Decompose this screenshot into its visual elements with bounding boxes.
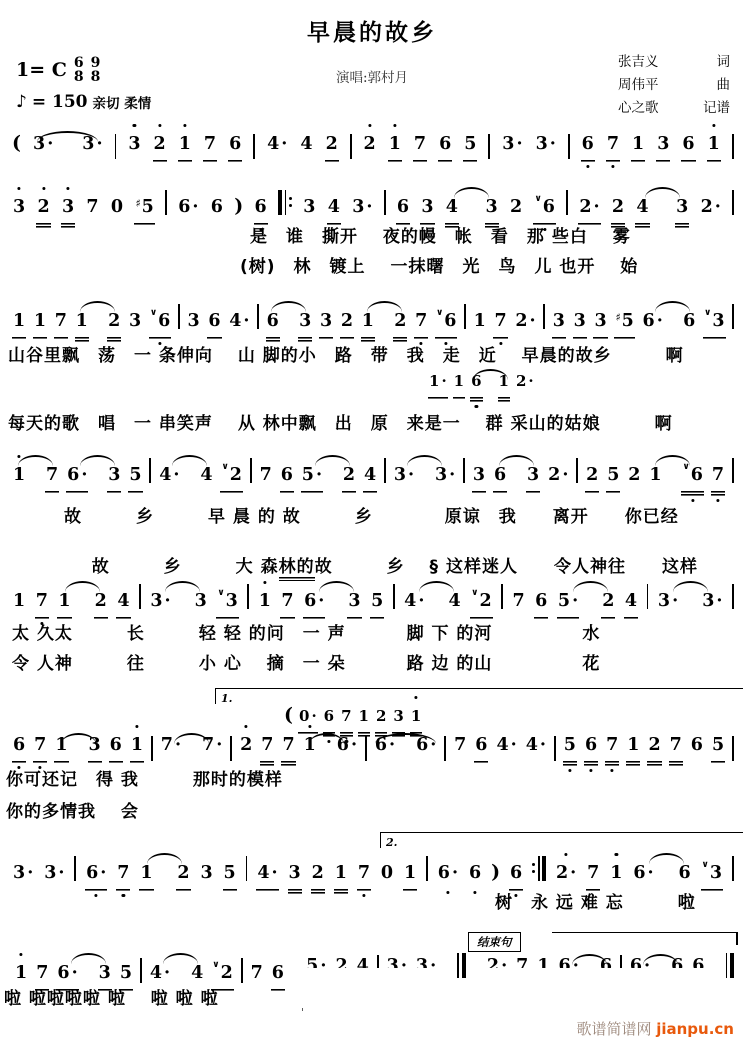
note: 5 [563,730,577,766]
note: 6 [670,951,684,968]
note: 3 [288,858,302,894]
note: 3 [319,306,333,339]
barline [730,953,734,978]
slur-arc [469,187,474,197]
barline [566,190,568,215]
barline [365,736,367,761]
note: 3 [472,460,486,493]
barline [457,953,459,978]
slur-arc [162,853,167,863]
breath-mark-icon: ∨ [150,308,157,318]
note: 6 [474,730,488,763]
augmentation-dot: · [281,134,287,154]
note: 3 [88,730,102,763]
barline [384,190,386,215]
parenthesis: ) [234,191,243,221]
note: 3 [199,858,213,888]
note: 6 [509,858,523,891]
note: 7 [669,730,683,766]
note: 4· [228,306,250,336]
breath-mark-icon: ∨ [682,462,689,472]
begin-repeat-barline [278,190,292,215]
barline [140,958,142,983]
note: ∨6 [149,298,172,339]
volta-2-bracket: 2. [380,832,743,848]
slur-arc [670,301,675,311]
note: 2 [363,129,377,159]
note: 7 [414,306,428,339]
barline [350,134,352,159]
slur-arc [187,455,192,465]
augmentation-dot: · [550,134,556,154]
lyric-row-2: (树) 林 镀上 一抹曙 光 鸟 儿 也开 始 [240,252,638,277]
lyric-row-12: 啦 啦啦啦啦 啦 啦 啦 啦 [4,984,219,1009]
note: 2 [325,129,339,162]
lyric-row-3: 山谷里飘 荡 一 条伸向 山 脚的小 路 带 我 走 近 早晨的故乡 啊 [8,341,684,366]
augmentation-dot: · [366,197,372,217]
clipped-notes-segment: 5·243·3· [305,951,437,968]
augmentation-dot: · [530,311,536,331]
note: 6 [690,730,704,760]
note: 0 [110,192,124,222]
note: 6 [396,192,410,225]
barline [554,736,556,761]
note: 6 [581,129,595,162]
note: 6· [85,858,107,891]
final-barline [457,953,465,978]
note: 6· [177,192,199,222]
note: 4· [495,730,517,760]
lyric-row-9: 你可还记 得 我 那时的模样 [6,765,283,790]
note: 3 [186,306,200,336]
note: 1 [536,951,550,968]
music-line-6: 6713617·7·27716·6·6·764·4·56712765 [12,730,734,766]
note: ♯5 [134,189,155,225]
slur-arc [86,953,91,963]
note: 2 [340,306,354,339]
barline [726,953,728,978]
note: 1 [609,858,623,888]
note: 1 [388,129,402,162]
note: 2 [509,192,523,222]
note: 3 [12,192,26,222]
note: 6 [271,958,285,991]
music-line-2: 32370♯56·6)6343·63432∨62·2432· [12,184,734,220]
note: 3 [420,192,434,225]
barline [426,856,428,881]
music-line-4: 176·354·4∨2765·243·3·3632·2521∨67 [12,452,734,488]
parenthesis: ( [284,700,293,730]
augmentation-dot: · [243,311,249,331]
note: 2 [334,951,348,968]
slur-arc [670,455,675,465]
barline [463,458,465,483]
sharp-icon: ♯ [615,311,620,324]
lyric-row-4: 每天的歌 唱 一 串笑声 从 林中飘 出 原 来是一 群 采山的姑娘 啊 [8,409,673,434]
watermark-site: 歌谱简谱网 [576,1020,656,1038]
breath-mark-icon: ∨ [436,308,443,318]
barline [732,458,734,483]
slur-arc [488,369,493,379]
barline [732,736,734,761]
expression-marking: 亲切 柔情 [93,92,152,112]
breath-mark-icon: ∨ [534,194,541,204]
note: 6· [415,730,437,760]
music-line-8: 176·354·4∨2765·243·3·2·716·66·66 [14,950,734,986]
note: 4 [199,460,213,490]
note: 1 [130,730,144,763]
music-line-3: 117123∨6364·6332127∨6172·333♯56·6∨3 [12,298,734,334]
note: 6 [210,192,224,222]
barline [384,458,386,483]
note: 7 [45,460,59,493]
barline [543,304,545,329]
note: 7 [493,306,507,339]
note: 6 [681,129,695,162]
augmentation-dot: · [430,735,436,755]
note: 7 [413,129,427,162]
note: 3 [573,306,587,339]
augmentation-dot: · [216,735,222,755]
note: 1 [453,366,465,399]
barline [151,736,153,761]
note: 4 [356,951,370,968]
repeat-dots [289,197,292,207]
slur-arc [76,733,81,743]
note: 6 [207,306,221,339]
note: 6 [228,129,242,162]
augmentation-dot: · [449,465,455,485]
composer-credit: 周伟平 曲 [618,73,730,93]
augmentation-dot: · [716,591,722,611]
slur-arc [178,953,183,963]
note: ∨3 [703,298,726,339]
note: 3· [386,951,408,968]
note: 6 [280,460,294,493]
barline [149,458,151,483]
music-line-1: (3·3·321764·42217653·3·671361 [12,128,734,164]
augmentation-dot: · [648,863,654,883]
lyric-row-10: 你的多情我 会 [6,797,139,822]
note: ♯5 [614,303,635,339]
note: 7 [259,460,273,490]
song-title: 早晨的故乡 [0,14,744,47]
note: 3· [43,858,65,888]
note: 1 [33,306,47,339]
slur-arc [658,954,663,964]
note: 2 [107,306,121,342]
note: 1 [178,129,192,162]
augmentation-dot: · [501,956,507,968]
note: 3 [298,306,312,342]
note: 2 [153,129,167,162]
augmentation-dot: · [311,707,316,725]
note: ∨6 [533,184,556,225]
barline [241,958,243,983]
inline-phrase: 1·1612· [428,366,535,402]
melisma-underline: 林的 [279,557,315,581]
slur-arc [422,455,427,465]
barline [257,304,259,329]
note: 4 [299,129,313,159]
note: 2· [514,306,536,336]
slur-arc [65,131,70,141]
augmentation-dot: · [272,863,278,883]
note: 3· [81,129,103,159]
note: 4· [525,730,547,760]
note: 7 [711,460,725,496]
barline [115,134,117,159]
barline [732,304,734,329]
barline [74,856,76,881]
note: 6· [336,730,358,760]
barline [464,304,466,329]
note: 3 [675,192,689,228]
tempo-marking: ♪ = 150 亲切 柔情 [16,92,151,112]
slur-arc [95,301,100,311]
note: 7 [605,730,619,766]
lyric-row-8: 令 人神 往 小 心 摘 一 朵 路 边 的山 花 [12,649,600,674]
augmentation-dot: · [594,197,600,217]
slur-arc [95,455,100,465]
augmentation-dot: · [164,963,170,983]
lyric-row-1: 是 谁 撕开 夜的幔 帐 看 那 些白 雾 [250,222,631,247]
note: ∨2 [220,452,243,493]
note: ∨6 [681,452,704,496]
note: 5 [463,129,477,162]
barline [285,190,287,215]
augmentation-dot: · [430,956,436,968]
note: 7 [85,192,99,222]
music-line-7: 3·3·6·712354·3217016·6)62·716·6∨3 [12,850,734,886]
augmentation-dot: · [351,735,357,755]
note: 4 [363,460,377,493]
note: 6 [584,730,598,766]
augmentation-dot: · [528,372,533,390]
barline [732,190,734,215]
note: 3 [526,460,540,493]
augmentation-dot: · [72,963,78,983]
slur-arc [514,455,519,465]
watermark: 歌谱简谱网 jianpu.cn [576,1018,734,1039]
note: 2· [578,192,600,225]
note: 1· [428,366,448,399]
clipped-notes-inner: 5·243·3· [305,951,437,968]
note: 2· [515,366,535,396]
note: 1 [334,858,348,894]
augmentation-dot: · [657,311,663,331]
note: 6 [468,858,482,888]
note: 1 [12,586,26,616]
barline [568,134,570,159]
barline [620,955,622,968]
note: 3 [593,306,607,339]
end-repeat-barline [532,856,546,881]
note: 7 [586,858,600,891]
note: 2 [239,730,253,760]
note: 3· [415,951,437,968]
barline [246,856,248,881]
lyric-row-6: 故 乡 大 森林的故 乡 § 这样迷人 令人神往 这样 [64,532,698,597]
barline [278,190,282,215]
lyric-row-11: 树 永 远 难 忘 啦 [495,888,696,913]
repeat-dots [532,863,535,873]
augmentation-dot: · [192,197,198,217]
note: 7 [357,858,371,891]
augmentation-dot: · [96,134,102,154]
note: 6 [691,951,705,968]
barline [250,458,252,483]
note: 3· [434,460,456,490]
sheet-music-page: 早晨的故乡 1= C 6 8 9 8 ♪ = 150 亲切 柔情 演唱:郭村月 … [0,0,744,1052]
note: 5· [305,951,327,968]
barline [462,953,466,978]
note: 7 [453,730,467,760]
note: 3· [12,858,34,888]
slur-arc [330,455,335,465]
barline [230,736,232,761]
notes-segment [726,953,734,978]
credits-block: 张吉义 词 周伟平 曲 心之歌 记谱 [618,50,730,116]
note: 4 [327,192,341,225]
note: 2· [555,858,577,888]
note: 2 [311,858,325,894]
slur-arc [664,853,669,863]
note: 6 [438,129,452,162]
note: 3 [107,460,121,493]
lyric-row-5: 故 乡 早 晨 的 故 乡 原谅 我 离开 你已经 [64,502,679,527]
augmentation-dot: · [81,465,87,485]
note: 4· [266,129,288,159]
slur-arc [403,733,408,743]
note: 7 [35,586,49,619]
barline [576,458,578,483]
note: 3· [351,192,373,222]
note: 2 [647,730,661,766]
slur-arc [189,733,194,743]
note: 6 [12,730,26,763]
note: 4· [256,858,278,891]
note: 3· [501,129,523,159]
clipped-notes-segment: 2·716·66·66 [486,951,706,968]
note: 5 [223,858,237,891]
note: 5 [711,730,725,763]
note: 1 [707,129,721,162]
note: 2· [700,192,722,222]
barline [488,134,490,159]
note: 6· [437,858,459,888]
note: 1 [631,129,645,162]
slur-arc [324,733,329,743]
lyric-row-7: 太 久太 长 轻 轻 的问 一 声 脚 下 的河 水 [12,619,600,644]
breath-mark-icon: ∨ [702,860,709,870]
slur-arc [660,187,665,197]
tempo-value: = 150 [32,92,88,112]
slur-arc [286,301,291,311]
note: 0 [380,858,394,888]
note: 7 [33,730,47,763]
note: 7· [201,730,223,760]
notes-segment [457,953,465,978]
note: 3· [535,129,557,159]
barline [732,584,734,609]
note: 1 [12,306,26,339]
augmentation-dot: · [100,863,106,883]
barline [377,955,379,968]
note: 7 [116,858,130,891]
lyricist-credit: 张吉义 词 [618,50,730,70]
breath-mark-icon: ∨ [704,308,711,318]
transcriber-credit: 心之歌 记谱 [618,96,730,116]
augmentation-dot: · [441,372,446,390]
note: 3 [552,306,566,339]
note: 1 [498,366,510,402]
barline [253,134,255,159]
note: 3 [61,192,75,228]
note: 7 [606,129,620,162]
note: 7 [260,730,274,766]
note: 1 [403,858,417,891]
ending-phrase-label: 结束句 [468,932,521,952]
note: 2 [176,858,190,891]
note: ∨6 [435,298,458,339]
note: 3· [701,586,723,616]
parenthesis: ) [491,857,500,887]
ending-phrase-line [552,932,738,933]
note: 2 [36,192,50,228]
augmentation-dot: · [401,956,407,968]
barline [444,736,446,761]
note: 7 [281,730,295,766]
slur-arc [587,954,592,964]
note: 7 [54,306,68,339]
barline [542,856,546,881]
augmentation-dot: · [452,863,458,883]
augmentation-dot: · [570,863,576,883]
scan-artifact: ' [301,1006,304,1019]
augmentation-dot: · [562,465,568,485]
barline [732,856,734,881]
augmentation-dot: · [408,465,414,485]
augmentation-dot: · [540,735,546,755]
barline [178,304,180,329]
note: 6 [109,730,123,763]
note: 6 [599,951,613,968]
parenthesis: ( [12,128,21,158]
note: 7· [160,730,182,760]
slur-arc [33,455,38,465]
barline [538,856,540,881]
note: 1 [473,306,487,336]
note: 7 [250,958,264,988]
note: 2 [627,460,641,490]
eighth-note-icon: ♪ [16,92,27,112]
note: 7 [515,951,529,968]
augmentation-dot: · [516,134,522,154]
breath-mark-icon: ∨ [212,960,219,970]
note: 3 [656,129,670,162]
note: 6 [254,192,268,225]
note: 2 [585,460,599,493]
note: 3 [127,129,141,159]
note: 5 [128,460,142,493]
augmentation-dot: · [511,735,517,755]
note: 5 [606,460,620,493]
note: 6 [677,858,691,888]
note: 2 [393,306,407,342]
augmentation-dot: · [27,863,33,883]
note: 2· [547,460,569,490]
